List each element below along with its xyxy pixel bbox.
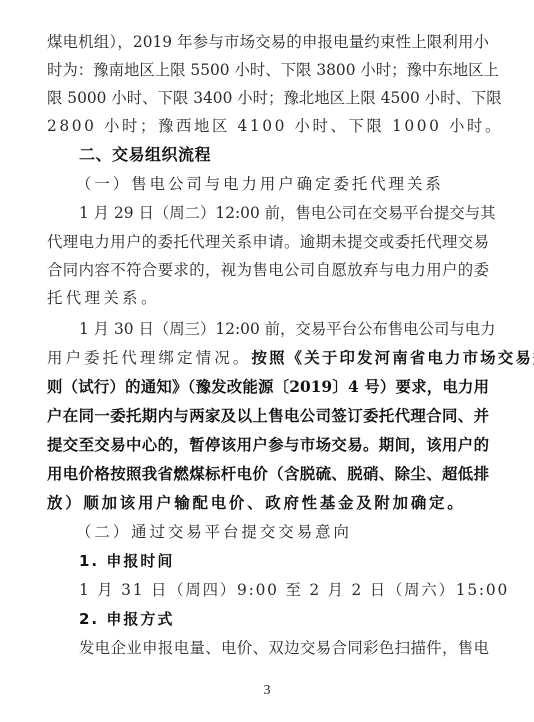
bold-text-span: 按照《关于印发河南省电力市场交易规 [252, 349, 534, 367]
page-number: 3 [0, 683, 534, 699]
body-text-line: 托代理关系。 [47, 286, 489, 310]
subsection-heading-1: （一）售电公司与电力用户确定委托代理关系 [76, 172, 518, 196]
body-text-line: 限 5000 小时、下限 3400 小时；豫北地区上限 4500 小时、下限 [47, 86, 489, 110]
body-text-line: 煤电机组），2019 年参与市场交易的申报电量约束性上限利用小 [47, 30, 489, 54]
item-heading-declaration-method: 2. 申报方式 [79, 607, 489, 631]
bold-text-line: 放）顺加该用户输配电价、政府性基金及附加确定。 [47, 491, 489, 515]
body-text-line: 时为：豫南地区上限 5500 小时、下限 3800 小时；豫中东地区上 [47, 58, 489, 82]
body-text-line: 1 月 29 日（周二）12:00 前，售电公司在交易平台提交与其 [79, 201, 489, 225]
bold-text-line: 则（试行）的通知》（豫发改能源〔2019〕4 号）要求，电力用 [47, 375, 489, 399]
bold-text-line: 户在同一委托期内与两家及以上售电公司签订委托代理合同、并 [47, 404, 489, 428]
body-text-line: 1 月 30 日（周三）12:00 前，交易平台公布售电公司与电力 [79, 317, 489, 341]
bold-text-line: 用电价格按照我省燃煤标杆电价（含脱硫、脱硝、除尘、超低排 [47, 462, 489, 486]
bold-text-line: 提交至交易中心的，暂停该用户参与市场交易。期间，该用户的 [47, 433, 489, 457]
declaration-time-text: 1 月 31 日（周四）9:00 至 2 月 2 日（周六）15:00 [79, 578, 489, 602]
body-text-line: 合同内容不符合要求的，视为售电公司自愿放弃与电力用户的委 [47, 258, 489, 282]
document-page: 煤电机组），2019 年参与市场交易的申报电量约束性上限利用小 时为：豫南地区上… [0, 0, 534, 722]
body-text-line-mixed: 用户委托代理绑定情况。按照《关于印发河南省电力市场交易规 [47, 346, 489, 370]
body-text-line: 2800 小时；豫西地区 4100 小时、下限 1000 小时。 [47, 114, 489, 138]
body-text-line: 代理电力用户的委托代理关系申请。逾期未提交或委托代理交易 [47, 230, 489, 254]
body-text-span: 用户委托代理绑定情况。 [47, 349, 252, 367]
body-text-line: 发电企业申报电量、电价、双边交易合同彩色扫描件，售电 [79, 636, 489, 660]
section-heading: 二、交易组织流程 [79, 143, 489, 167]
item-heading-declaration-time: 1. 申报时间 [79, 549, 489, 573]
subsection-heading-2: （二）通过交易平台提交交易意向 [76, 520, 518, 544]
